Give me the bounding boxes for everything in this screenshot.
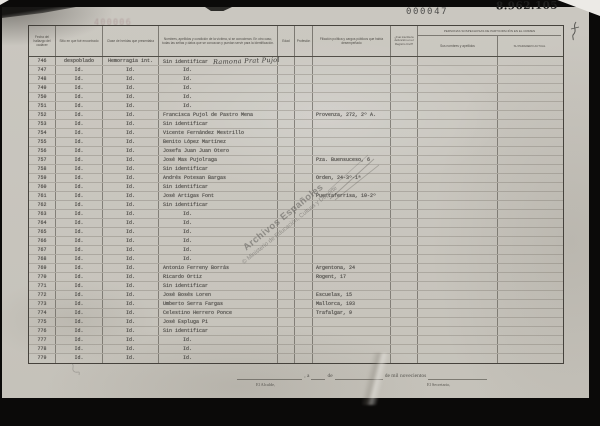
cell-nombre: José Artigas Font bbox=[159, 192, 278, 200]
header-clase-heridas: Clase de heridas que presentaba bbox=[103, 26, 159, 56]
cell-numero: 777 bbox=[29, 336, 56, 344]
cell-nombre: Sin identificar bbox=[159, 120, 278, 128]
cell-edad bbox=[278, 165, 295, 173]
cell-paradero bbox=[498, 273, 561, 281]
cell-nombre: Id. bbox=[159, 354, 278, 363]
cell-filiacion bbox=[313, 282, 391, 290]
header-nombres-victima: Nombres, apellidos y condición de la víc… bbox=[159, 26, 278, 56]
table-header: Fecha del hallazgo del cadáver Sitio en … bbox=[29, 26, 563, 57]
cell-filiacion bbox=[313, 201, 391, 209]
cell-registro bbox=[391, 327, 418, 335]
cell-heridas: Id. bbox=[103, 228, 159, 236]
blank-line bbox=[237, 378, 302, 380]
cell-paradero bbox=[498, 219, 561, 227]
cell-profesion bbox=[295, 327, 313, 335]
blank-line bbox=[428, 378, 487, 380]
cell-numero: 760 bbox=[29, 183, 56, 191]
cell-sospechosos bbox=[418, 318, 498, 326]
cell-filiacion bbox=[313, 237, 391, 245]
cell-nombre: Id. bbox=[159, 75, 278, 83]
cell-profesion bbox=[295, 237, 313, 245]
cell-sospechosos bbox=[418, 345, 498, 353]
cell-heridas: Id. bbox=[103, 102, 159, 110]
cell-heridas: Hemorragia int. bbox=[103, 57, 159, 65]
cell-sospechosos bbox=[418, 309, 498, 317]
cell-edad bbox=[278, 264, 295, 272]
cell-filiacion bbox=[313, 75, 391, 83]
cell-sospechosos bbox=[418, 291, 498, 299]
cell-registro bbox=[391, 147, 418, 155]
cell-filiacion: Escuelas, 15 bbox=[313, 291, 391, 299]
cell-paradero bbox=[498, 210, 561, 218]
cell-registro bbox=[391, 156, 418, 164]
cell-sitio: Id. bbox=[56, 300, 103, 308]
table-row: 756Id.Id.Josefa Juan Juan Otero bbox=[29, 147, 563, 156]
cell-edad bbox=[278, 291, 295, 299]
table-row: 749Id.Id.Id. bbox=[29, 84, 563, 93]
cell-heridas: Id. bbox=[103, 282, 159, 290]
cell-paradero bbox=[498, 57, 561, 65]
cell-sospechosos bbox=[418, 201, 498, 209]
cell-heridas: Id. bbox=[103, 174, 159, 182]
table-row: 771Id.Id.Sin identificar bbox=[29, 282, 563, 291]
cell-sitio: Id. bbox=[56, 93, 103, 101]
header-registro-civil: ¿Fué inscrita la defunción en el Registr… bbox=[391, 26, 418, 56]
cell-heridas: Id. bbox=[103, 210, 159, 218]
cell-registro bbox=[391, 129, 418, 137]
cell-filiacion bbox=[313, 336, 391, 344]
cell-heridas: Id. bbox=[103, 345, 159, 353]
cell-profesion bbox=[295, 129, 313, 137]
cell-edad bbox=[278, 210, 295, 218]
cell-registro bbox=[391, 309, 418, 317]
cell-filiacion bbox=[313, 246, 391, 254]
cell-registro bbox=[391, 75, 418, 83]
cell-profesion bbox=[295, 156, 313, 164]
cell-paradero bbox=[498, 345, 561, 353]
table-row: 746despobladoHemorragia int.Sin identifi… bbox=[29, 57, 563, 66]
header-filiacion-politica: Filiación política y cargos públicos que… bbox=[313, 26, 391, 56]
cell-paradero bbox=[498, 228, 561, 236]
cell-numero: 770 bbox=[29, 273, 56, 281]
cell-numero: 769 bbox=[29, 264, 56, 272]
table-row: 762Id.Id.Sin identificar bbox=[29, 201, 563, 210]
cell-edad bbox=[278, 57, 295, 65]
header-sitio-encontrado: Sitio en que fué encontrado bbox=[56, 26, 103, 56]
cell-sospechosos bbox=[418, 174, 498, 182]
cell-paradero bbox=[498, 282, 561, 290]
cell-sitio: Id. bbox=[56, 291, 103, 299]
cell-nombre: Id. bbox=[159, 66, 278, 74]
cell-profesion bbox=[295, 282, 313, 290]
cell-sitio: Id. bbox=[56, 165, 103, 173]
cell-sospechosos bbox=[418, 354, 498, 363]
cell-paradero bbox=[498, 255, 561, 263]
cell-nombre: Ricardo Ortiz bbox=[159, 273, 278, 281]
cell-filiacion bbox=[313, 138, 391, 146]
cell-sospechosos bbox=[418, 228, 498, 236]
cell-heridas: Id. bbox=[103, 183, 159, 191]
table-row: 769Id.Id.Antonio Ferreny BorrásArgentona… bbox=[29, 264, 563, 273]
cell-registro bbox=[391, 273, 418, 281]
cell-nombre: José Mas Pujolraga bbox=[159, 156, 278, 164]
cell-filiacion bbox=[313, 57, 391, 65]
cell-numero: 776 bbox=[29, 327, 56, 335]
cell-numero: 767 bbox=[29, 246, 56, 254]
cell-nombre: Sin identificar bbox=[159, 282, 278, 290]
table-row: 748Id.Id.Id. bbox=[29, 75, 563, 84]
cell-profesion bbox=[295, 273, 313, 281]
cell-edad bbox=[278, 237, 295, 245]
table-row: 759Id.Id.Andrés Potesan BargasOrden, 24-… bbox=[29, 174, 563, 183]
cell-profesion bbox=[295, 120, 313, 128]
cell-registro bbox=[391, 120, 418, 128]
cell-sospechosos bbox=[418, 102, 498, 110]
cell-profesion bbox=[295, 210, 313, 218]
table-row: 778Id.Id.Id. bbox=[29, 345, 563, 354]
cell-profesion bbox=[295, 291, 313, 299]
cell-nombre: Id. bbox=[159, 228, 278, 236]
cell-registro bbox=[391, 282, 418, 290]
cell-filiacion bbox=[313, 210, 391, 218]
cell-sospechosos bbox=[418, 336, 498, 344]
cell-edad bbox=[278, 129, 295, 137]
cell-heridas: Id. bbox=[103, 246, 159, 254]
cell-nombre: Id. bbox=[159, 93, 278, 101]
cell-nombre: Id. bbox=[159, 237, 278, 245]
cell-heridas: Id. bbox=[103, 327, 159, 335]
cell-heridas: Id. bbox=[103, 264, 159, 272]
cell-sitio: Id. bbox=[56, 84, 103, 92]
table-row: 754Id.Id.Vicente Fernández Mestrillo bbox=[29, 129, 563, 138]
cell-sitio: despoblado bbox=[56, 57, 103, 65]
cell-heridas: Id. bbox=[103, 291, 159, 299]
cell-profesion bbox=[295, 345, 313, 353]
cell-paradero bbox=[498, 201, 561, 209]
cell-nombre: Umberto Serra Fargas bbox=[159, 300, 278, 308]
cell-sitio: Id. bbox=[56, 102, 103, 110]
cell-sitio: Id. bbox=[56, 255, 103, 263]
cell-filiacion bbox=[313, 255, 391, 263]
reference-number: 8.962.105 bbox=[496, 0, 558, 12]
table-row: 757Id.Id.José Mas PujolragaPza. Buensuce… bbox=[29, 156, 563, 165]
cell-sitio: Id. bbox=[56, 183, 103, 191]
cell-heridas: Id. bbox=[103, 255, 159, 263]
cell-heridas: Id. bbox=[103, 219, 159, 227]
cell-sospechosos bbox=[418, 273, 498, 281]
table-row: 767Id.Id.Id. bbox=[29, 246, 563, 255]
cell-sitio: Id. bbox=[56, 327, 103, 335]
cell-sitio: Id. bbox=[56, 345, 103, 353]
cell-nombre: Id. bbox=[159, 336, 278, 344]
secretario-signature-label: El Secretario, bbox=[427, 382, 450, 387]
cell-edad bbox=[278, 192, 295, 200]
cell-edad bbox=[278, 93, 295, 101]
cell-filiacion: Trafalgar, 9 bbox=[313, 309, 391, 317]
cell-numero: 766 bbox=[29, 237, 56, 245]
header-edad: Edad bbox=[278, 26, 295, 56]
cell-edad bbox=[278, 147, 295, 155]
alcalde-signature-label: El Alcalde, bbox=[256, 382, 275, 387]
cell-registro bbox=[391, 264, 418, 272]
cell-registro bbox=[391, 57, 418, 65]
cell-nombre: Sin identificarRamona Prat Pujol bbox=[159, 57, 278, 65]
cell-registro bbox=[391, 219, 418, 227]
cell-heridas: Id. bbox=[103, 354, 159, 363]
cell-registro bbox=[391, 165, 418, 173]
cell-numero: 748 bbox=[29, 75, 56, 83]
cell-registro bbox=[391, 318, 418, 326]
cell-sospechosos bbox=[418, 255, 498, 263]
table-row: 752Id.Id.Francisca Pujol de Pastro MenaP… bbox=[29, 111, 563, 120]
table-row: 766Id.Id.Id. bbox=[29, 237, 563, 246]
cell-sitio: Id. bbox=[56, 75, 103, 83]
cell-profesion bbox=[295, 255, 313, 263]
cell-numero: 778 bbox=[29, 345, 56, 353]
cell-sospechosos bbox=[418, 300, 498, 308]
cell-edad bbox=[278, 327, 295, 335]
cell-paradero bbox=[498, 129, 561, 137]
cell-filiacion bbox=[313, 228, 391, 236]
cell-edad bbox=[278, 183, 295, 191]
cell-nombre: Sin identificar bbox=[159, 327, 278, 335]
pencil-squiggle-mark bbox=[68, 361, 84, 377]
cell-registro bbox=[391, 336, 418, 344]
cell-sitio: Id. bbox=[56, 192, 103, 200]
cell-filiacion: Rogent, 17 bbox=[313, 273, 391, 281]
table-row: 763Id.Id.Id. bbox=[29, 210, 563, 219]
cell-edad bbox=[278, 273, 295, 281]
cell-nombre: Id. bbox=[159, 210, 278, 218]
cell-edad bbox=[278, 66, 295, 74]
table-row: 760Id.Id.Sin identificar bbox=[29, 183, 563, 192]
header-fecha-hallazgo: Fecha del hallazgo del cadáver bbox=[29, 26, 56, 56]
cell-paradero bbox=[498, 291, 561, 299]
cell-profesion bbox=[295, 246, 313, 254]
cell-paradero bbox=[498, 84, 561, 92]
cell-edad bbox=[278, 201, 295, 209]
cell-paradero bbox=[498, 147, 561, 155]
cell-filiacion bbox=[313, 93, 391, 101]
table-row: 772Id.Id.José Bosés LorenEscuelas, 15 bbox=[29, 291, 563, 300]
cell-sospechosos bbox=[418, 66, 498, 74]
cell-heridas: Id. bbox=[103, 165, 159, 173]
cell-profesion bbox=[295, 201, 313, 209]
cell-paradero bbox=[498, 165, 561, 173]
cell-sitio: Id. bbox=[56, 318, 103, 326]
cell-edad bbox=[278, 345, 295, 353]
cell-paradero bbox=[498, 327, 561, 335]
cell-edad bbox=[278, 174, 295, 182]
cell-profesion bbox=[295, 309, 313, 317]
table-row: 768Id.Id.Id. bbox=[29, 255, 563, 264]
cell-paradero bbox=[498, 318, 561, 326]
cell-nombre: Andrés Potesan Bargas bbox=[159, 174, 278, 182]
cell-registro bbox=[391, 201, 418, 209]
cell-profesion bbox=[295, 354, 313, 363]
cell-sitio: Id. bbox=[56, 201, 103, 209]
footer-novecientos: de mil novecientos bbox=[383, 373, 429, 380]
table-row: 779Id.Id.Id. bbox=[29, 354, 563, 363]
cell-filiacion: Provenza, 272, 2º A. bbox=[313, 111, 391, 119]
cell-registro bbox=[391, 138, 418, 146]
cell-sospechosos bbox=[418, 246, 498, 254]
cell-edad bbox=[278, 228, 295, 236]
cell-sitio: Id. bbox=[56, 228, 103, 236]
cell-numero: 756 bbox=[29, 147, 56, 155]
cell-sospechosos bbox=[418, 75, 498, 83]
pencil-scribble-mark bbox=[328, 153, 380, 201]
cell-profesion bbox=[295, 93, 313, 101]
cell-sospechosos bbox=[418, 327, 498, 335]
cell-registro bbox=[391, 111, 418, 119]
cell-nombre: Id. bbox=[159, 345, 278, 353]
header-profesion: Profesión bbox=[295, 26, 313, 56]
cell-nombre: Francisca Pujol de Pastro Mena bbox=[159, 111, 278, 119]
cell-numero: 752 bbox=[29, 111, 56, 119]
cell-registro bbox=[391, 237, 418, 245]
table-row: 758Id.Id.Sin identificar bbox=[29, 165, 563, 174]
cell-profesion bbox=[295, 192, 313, 200]
scanned-page: 400006 Fecha del hallazgo del cadáver Si… bbox=[2, 7, 589, 398]
cell-sospechosos bbox=[418, 120, 498, 128]
cell-sospechosos bbox=[418, 210, 498, 218]
cell-registro bbox=[391, 174, 418, 182]
header-personas-sospechosas: PERSONAS SOSPECHOSAS DE PARTICIPACIÓN EN… bbox=[418, 26, 561, 56]
cell-numero: 764 bbox=[29, 219, 56, 227]
cell-registro bbox=[391, 228, 418, 236]
cell-registro bbox=[391, 183, 418, 191]
cell-sitio: Id. bbox=[56, 246, 103, 254]
cell-paradero bbox=[498, 120, 561, 128]
cell-sospechosos bbox=[418, 237, 498, 245]
cell-registro bbox=[391, 345, 418, 353]
cell-profesion bbox=[295, 183, 313, 191]
cell-filiacion: Mallorca, 193 bbox=[313, 300, 391, 308]
table-row: 775Id.Id.José Espluga Pi bbox=[29, 318, 563, 327]
cell-filiacion bbox=[313, 120, 391, 128]
cell-filiacion bbox=[313, 129, 391, 137]
cell-profesion bbox=[295, 300, 313, 308]
cell-nombre: Benito López Martínez bbox=[159, 138, 278, 146]
cell-nombre: Id. bbox=[159, 102, 278, 110]
cell-paradero bbox=[498, 111, 561, 119]
table-row: 765Id.Id.Id. bbox=[29, 228, 563, 237]
cell-paradero bbox=[498, 264, 561, 272]
footer-de: de bbox=[325, 373, 334, 380]
cell-sitio: Id. bbox=[56, 264, 103, 272]
cell-profesion bbox=[295, 66, 313, 74]
cell-heridas: Id. bbox=[103, 147, 159, 155]
cell-sospechosos bbox=[418, 147, 498, 155]
cell-sospechosos bbox=[418, 282, 498, 290]
cell-nombre: José Espluga Pi bbox=[159, 318, 278, 326]
table-row: 750Id.Id.Id. bbox=[29, 93, 563, 102]
cell-sitio: Id. bbox=[56, 174, 103, 182]
pen-mark-icon bbox=[568, 20, 582, 42]
cell-nombre: Sin identificar bbox=[159, 183, 278, 191]
cell-sitio: Id. bbox=[56, 147, 103, 155]
cell-numero: 773 bbox=[29, 300, 56, 308]
cell-registro bbox=[391, 84, 418, 92]
cell-nombre: Josefa Juan Juan Otero bbox=[159, 147, 278, 155]
cell-nombre: Id. bbox=[159, 255, 278, 263]
cell-filiacion bbox=[313, 318, 391, 326]
cell-sospechosos bbox=[418, 84, 498, 92]
cell-heridas: Id. bbox=[103, 201, 159, 209]
cell-edad bbox=[278, 282, 295, 290]
cell-profesion bbox=[295, 228, 313, 236]
cell-nombre: Id. bbox=[159, 246, 278, 254]
cell-profesion bbox=[295, 174, 313, 182]
cell-registro bbox=[391, 300, 418, 308]
paper-crease bbox=[362, 353, 388, 405]
cell-sospechosos bbox=[418, 129, 498, 137]
cell-heridas: Id. bbox=[103, 84, 159, 92]
cell-profesion bbox=[295, 219, 313, 227]
cell-filiacion bbox=[313, 345, 391, 353]
cell-sitio: Id. bbox=[56, 219, 103, 227]
cell-sitio: Id. bbox=[56, 66, 103, 74]
cell-sitio: Id. bbox=[56, 156, 103, 164]
header-paradero-actual: SU PARADERO ACTUAL bbox=[498, 36, 561, 56]
cell-nombre: Antonio Ferreny Borrás bbox=[159, 264, 278, 272]
cell-profesion bbox=[295, 336, 313, 344]
cell-sitio: Id. bbox=[56, 273, 103, 281]
cell-sospechosos bbox=[418, 183, 498, 191]
cell-paradero bbox=[498, 66, 561, 74]
cell-paradero bbox=[498, 75, 561, 83]
cell-filiacion bbox=[313, 102, 391, 110]
cell-filiacion: Argentona, 24 bbox=[313, 264, 391, 272]
footer-a: , a bbox=[302, 373, 311, 380]
cell-filiacion bbox=[313, 84, 391, 92]
cell-heridas: Id. bbox=[103, 237, 159, 245]
cell-heridas: Id. bbox=[103, 192, 159, 200]
cell-profesion bbox=[295, 264, 313, 272]
cell-nombre: Celestino Herrero Ponce bbox=[159, 309, 278, 317]
cell-heridas: Id. bbox=[103, 138, 159, 146]
cell-paradero bbox=[498, 93, 561, 101]
cell-heridas: Id. bbox=[103, 318, 159, 326]
cell-numero: 746 bbox=[29, 57, 56, 65]
cell-edad bbox=[278, 219, 295, 227]
cell-heridas: Id. bbox=[103, 336, 159, 344]
cell-filiacion bbox=[313, 327, 391, 335]
cell-edad bbox=[278, 246, 295, 254]
cell-heridas: Id. bbox=[103, 273, 159, 281]
cell-sospechosos bbox=[418, 156, 498, 164]
cell-sitio: Id. bbox=[56, 120, 103, 128]
cell-heridas: Id. bbox=[103, 111, 159, 119]
header-sospechosas-title: PERSONAS SOSPECHOSAS DE PARTICIPACIÓN EN… bbox=[418, 26, 561, 36]
cell-numero: 768 bbox=[29, 255, 56, 263]
cell-numero: 751 bbox=[29, 102, 56, 110]
cell-numero: 759 bbox=[29, 174, 56, 182]
cell-numero: 774 bbox=[29, 309, 56, 317]
cell-sitio: Id. bbox=[56, 111, 103, 119]
cell-profesion bbox=[295, 111, 313, 119]
cell-registro bbox=[391, 192, 418, 200]
cell-registro bbox=[391, 93, 418, 101]
cell-edad bbox=[278, 255, 295, 263]
cell-profesion bbox=[295, 138, 313, 146]
registry-table: Fecha del hallazgo del cadáver Sitio en … bbox=[28, 25, 564, 364]
cell-profesion bbox=[295, 318, 313, 326]
cell-numero: 750 bbox=[29, 93, 56, 101]
cell-heridas: Id. bbox=[103, 75, 159, 83]
cell-registro bbox=[391, 66, 418, 74]
